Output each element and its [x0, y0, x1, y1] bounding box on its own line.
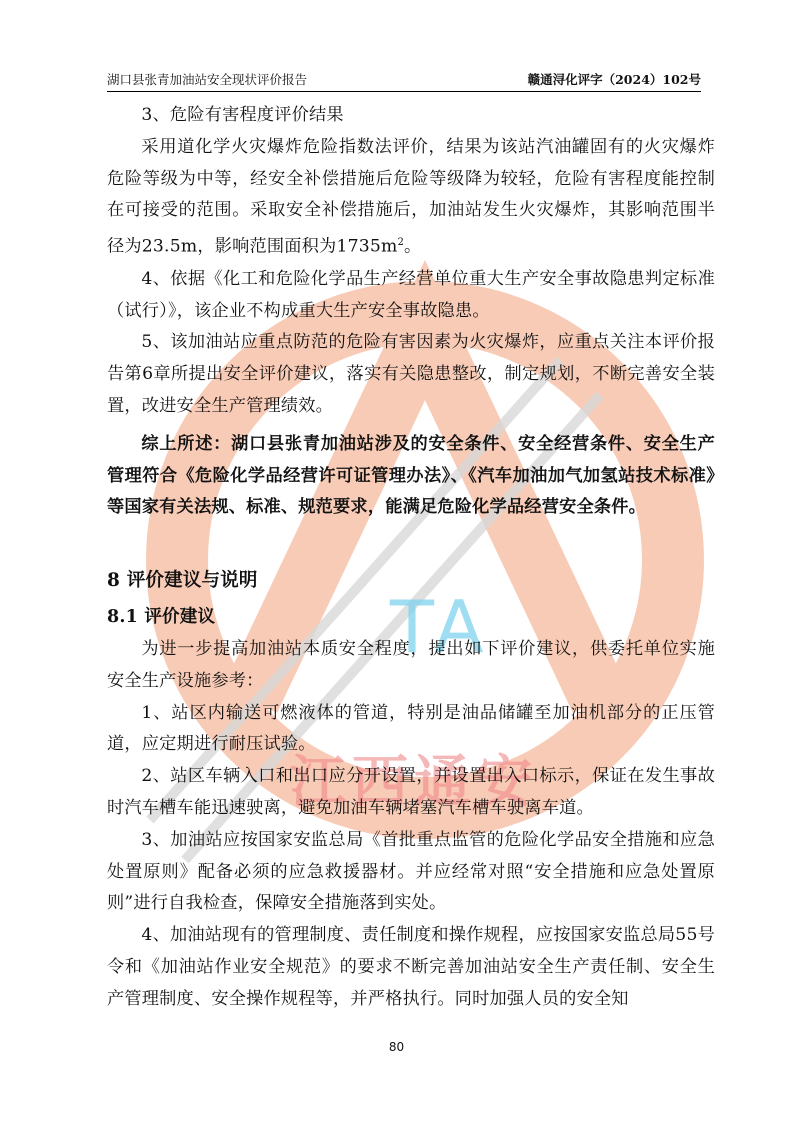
recommendation-3: 3、加油站应按国家安监总局《首批重点监管的危险化学品安全措施和应急处置原则》配备…	[107, 825, 715, 920]
section-heading: 8 评价建议与说明	[107, 564, 715, 598]
header-title: 湖口县张青加油站安全现状评价报告	[107, 70, 307, 88]
paragraph-hazard-standard: 4、依据《化工和危险化学品生产经营单位重大生产安全事故隐患判定标准（试行）》，该…	[107, 264, 715, 328]
recommendation-4: 4、加油站现有的管理制度、责任制度和操作规程，应按国家安监总局55号令和《加油站…	[107, 920, 715, 1015]
paragraph-dow-index: 采用道化学火灾爆炸危险指数法评价，结果为该站汽油罐固有的火灾爆炸危险等级为中等，…	[107, 132, 715, 264]
paragraph-key-hazard: 5、该加油站应重点防范的危险有害因素为火灾爆炸，应重点关注本评价报告第6章所提出…	[107, 327, 715, 422]
paragraph-intro: 为进一步提高加油站本质安全程度，提出如下评价建议，供委托单位实施安全生产设施参考…	[107, 634, 715, 698]
subsection-heading: 8.1 评价建议	[107, 600, 715, 634]
recommendation-2: 2、站区车辆入口和出口应分开设置，并设置出入口标示，保证在发生事故时汽车槽车能迅…	[107, 761, 715, 825]
paragraph-end: 。	[404, 237, 421, 257]
page-content: 3、危险有害程度评价结果 采用道化学火灾爆炸危险指数法评价，结果为该站汽油罐固有…	[107, 100, 715, 1016]
header-doc-number: 赣通浔化评字（2024）102号	[528, 70, 701, 88]
result-heading: 3、危险有害程度评价结果	[107, 100, 715, 132]
paragraph-summary: 综上所述：湖口县张青加油站涉及的安全条件、安全经营条件、安全生产管理符合《危险化…	[107, 429, 715, 524]
page-header: 湖口县张青加油站安全现状评价报告 赣通浔化评字（2024）102号	[107, 66, 701, 92]
recommendation-1: 1、站区内输送可燃液体的管道，特别是油品储罐至加油机部分的正压管道，应定期进行耐…	[107, 698, 715, 762]
page-number: 80	[0, 1040, 793, 1054]
